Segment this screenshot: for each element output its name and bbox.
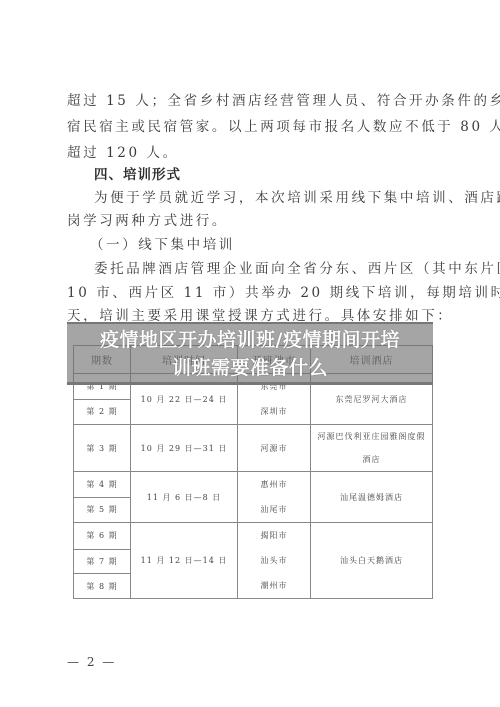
city-name: 惠州市 <box>238 472 310 497</box>
period-cell: 第 2 期 <box>74 399 131 425</box>
paragraph-line: 委托品牌酒店管理企业面向全省分东、西片区（其中东片区 <box>94 259 464 279</box>
paragraph-line: 宿民宿主或民宿管家。以上两项每市报名人数应不低于 80 人、不 <box>67 117 437 137</box>
hotel-line: 河源巴伐利亚庄园雅阁度假 <box>311 425 432 448</box>
city-name: 深圳市 <box>238 399 310 424</box>
hotel-cell: 河源巴伐利亚庄园雅阁度假 酒店 <box>311 425 433 472</box>
city-cell: 惠州市 汕尾市 <box>238 472 311 523</box>
paragraph-line: 超过 15 人；全省乡村酒店经营管理人员、符合开办条件的乡村民 <box>67 91 437 111</box>
overlay-title-line1: 疫情地区开办培训班/疫情期间开培 <box>67 329 433 351</box>
paragraph-line: 超过 120 人。 <box>67 143 437 163</box>
hotel-line: 酒店 <box>311 448 432 471</box>
table-row: 第 4 期 11 月 6 日—8 日 惠州市 汕尾市 汕尾温德姆酒店 <box>74 472 433 498</box>
section-heading: 四、培训形式 <box>94 165 464 185</box>
city-name: 揭阳市 <box>238 523 310 548</box>
dates-cell: 11 月 12 日—14 日 <box>131 523 238 599</box>
table-row: 第 3 期 10 月 29 日—31 日 河源市 河源巴伐利亚庄园雅阁度假 酒店 <box>74 425 433 472</box>
hotel-cell: 汕头白天鹅酒店 <box>311 523 433 599</box>
dates-cell: 11 月 6 日—8 日 <box>131 472 238 523</box>
city-name: 汕尾市 <box>238 497 310 522</box>
city-name: 潮州市 <box>238 573 310 598</box>
city-name: 汕头市 <box>238 548 310 573</box>
city-cell: 河源市 <box>238 425 311 472</box>
paragraph-line: 10 市、西片区 11 市）共举办 20 期线下培训，每期培训时间为 3 <box>67 283 437 303</box>
period-cell: 第 3 期 <box>74 425 131 472</box>
period-cell: 第 4 期 <box>74 472 131 498</box>
period-cell: 第 5 期 <box>74 497 131 523</box>
title-overlay-banner: 疫情地区开办培训班/疫情期间开培 训班需要准备什么 <box>67 322 433 385</box>
paragraph-line: 为便于学员就近学习，本次培训采用线下集中培训、酒店跟 <box>94 188 464 208</box>
overlay-title-line2: 训班需要准备什么 <box>67 357 433 379</box>
hotel-cell: 汕尾温德姆酒店 <box>311 472 433 523</box>
period-cell: 第 7 期 <box>74 549 131 574</box>
period-cell: 第 8 期 <box>74 574 131 599</box>
period-cell: 第 6 期 <box>74 523 131 550</box>
subsection-heading: （一）线下集中培训 <box>90 235 460 255</box>
dates-cell: 10 月 29 日—31 日 <box>131 425 238 472</box>
page-number: — 2 — <box>67 655 116 669</box>
table-row: 第 6 期 11 月 12 日—14 日 揭阳市 汕头市 潮州市 汕头白天鹅酒店 <box>74 523 433 550</box>
document-page: 超过 15 人；全省乡村酒店经营管理人员、符合开办条件的乡村民 宿民宿主或民宿管… <box>0 0 500 707</box>
city-cell: 揭阳市 汕头市 潮州市 <box>238 523 311 599</box>
paragraph-line: 岗学习两种方式进行。 <box>67 211 437 231</box>
